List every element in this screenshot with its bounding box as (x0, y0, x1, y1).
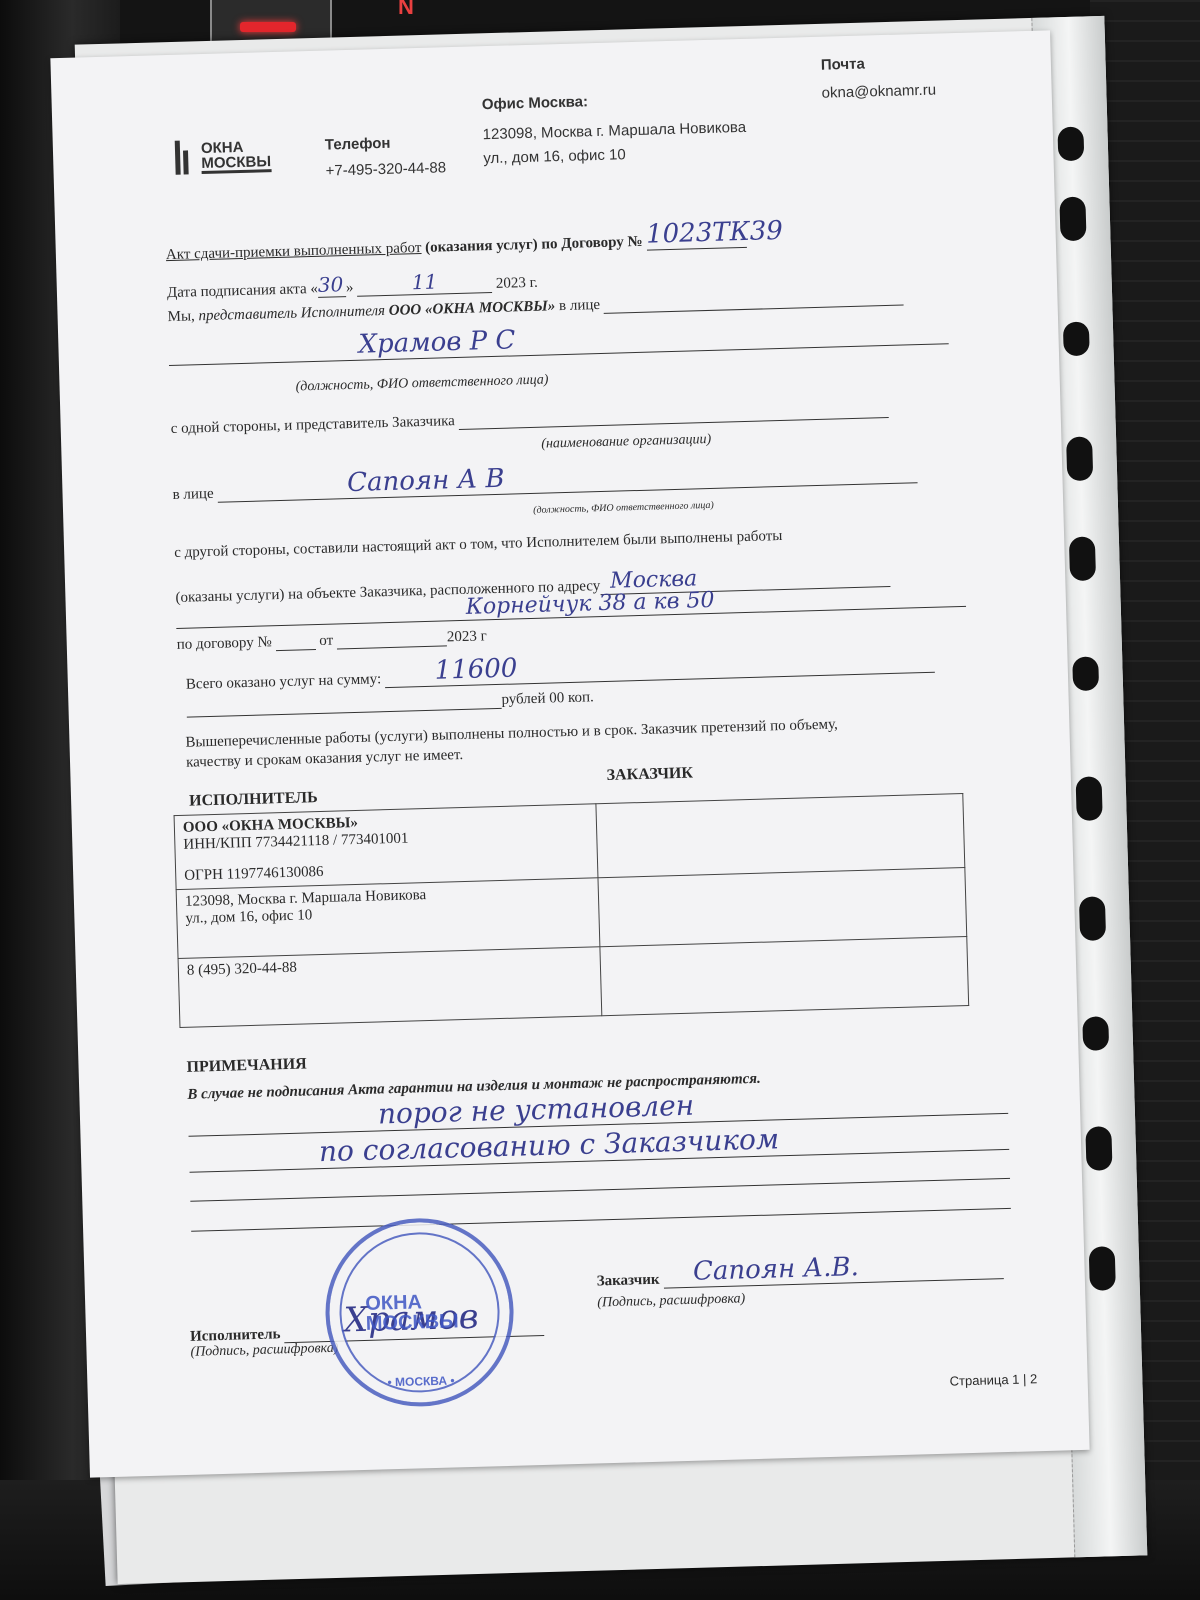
sum-words-row: рублей 00 коп. (186, 689, 594, 717)
logo-line2: МОСКВЫ (201, 154, 271, 171)
customer-address-cell (598, 868, 967, 947)
punch-hole (1089, 1246, 1116, 1291)
mail-block: Почта okna@oknamr.ru (821, 54, 937, 106)
date-month-field[interactable]: 11 (357, 268, 493, 297)
punch-hole (1059, 197, 1086, 242)
executor-company-cell: ООО «ОКНА МОСКВЫ» ИНН/КПП 7734421118 / 7… (174, 804, 598, 890)
email-address[interactable]: okna@oknamr.ru (821, 79, 936, 106)
act-title: Акт сдачи-приемки выполненных работ (ока… (165, 217, 746, 264)
statement-line2: качеству и срокам оказания услуг не имее… (186, 747, 463, 772)
executor-signature-caption: (Подпись, расшифровка) (190, 1341, 338, 1361)
date-day-field[interactable]: 30 (317, 272, 346, 298)
executor-rep-caption: (должность, ФИО ответственного лица) (295, 372, 548, 395)
customer-intro: с одной стороны, и представитель Заказчи… (171, 401, 889, 438)
customer-signature-field[interactable]: Сапоян А.В. (663, 1248, 1004, 1288)
logo-icon (175, 140, 198, 175)
signing-date-row: Дата подписания акта «30» 11 2023 г. (167, 267, 539, 302)
punch-hole (1069, 536, 1096, 581)
punch-hole (1057, 127, 1084, 162)
office-label: Офис Москва: (482, 89, 746, 113)
other-side-text: с другой стороны, составили настоящий ак… (174, 528, 783, 562)
page-number: Страница 1 | 2 (949, 1371, 1037, 1388)
red-indicator-light (240, 22, 296, 32)
mail-label: Почта (821, 54, 936, 74)
punch-hole (1076, 776, 1103, 821)
customer-rep-caption: (должность, ФИО ответственного лица) (533, 500, 714, 516)
customer-org-caption: (наименование организации) (541, 432, 711, 453)
phone-block: Телефон +7-495-320-44-88 (325, 133, 447, 183)
punch-hole (1066, 436, 1093, 481)
customer-phone-cell (600, 936, 969, 1015)
acceptance-act-page: ОКНА МОСКВЫ Телефон +7-495-320-44-88 Офи… (50, 30, 1089, 1477)
customer-company-cell (596, 794, 965, 878)
customer-heading: ЗАКАЗЧИК (606, 765, 693, 785)
executor-phone-cell: 8 (495) 320-44-88 (178, 947, 602, 1028)
phone-label: Телефон (325, 133, 446, 153)
contract-ref-date-field[interactable] (337, 645, 447, 649)
executor-heading: ИСПОЛНИТЕЛЬ (189, 789, 318, 811)
punch-hole (1072, 656, 1099, 691)
contract-ref-row: по договору № от 2023 г (177, 628, 487, 654)
sum-field[interactable]: 11600 (384, 642, 935, 688)
customer-signature-caption: (Подпись, расшифровка) (597, 1291, 745, 1311)
phone-number: +7-495-320-44-88 (325, 156, 446, 183)
sum-words-field[interactable] (187, 708, 502, 718)
notes-heading: ПРИМЕЧАНИЯ (186, 1055, 307, 1076)
requisites-table: ООО «ОКНА МОСКВЫ» ИНН/КПП 7734421118 / 7… (174, 793, 970, 1028)
statement-line1: Вышеперечисленные работы (услуги) выполн… (185, 717, 838, 752)
company-stamp: ОКНА МОСКВЫ • МОСКВА • (323, 1216, 516, 1409)
contract-number-field[interactable]: 1023ТК39 (646, 217, 747, 251)
punch-hole (1085, 1126, 1112, 1171)
customer-rep-row: в лице Сапоян А В (172, 452, 917, 504)
customer-rep-field[interactable]: Сапоян А В (217, 452, 918, 503)
punch-hole (1063, 321, 1090, 356)
customer-signature-row: Заказчик Сапоян А.В. (596, 1248, 1003, 1290)
gear-indicator: N (398, 0, 414, 20)
punch-hole (1082, 1016, 1109, 1051)
office-block: Офис Москва: 123098, Москва г. Маршала Н… (482, 89, 747, 171)
company-logo: ОКНА МОСКВЫ (175, 138, 272, 175)
customer-org-field[interactable] (459, 417, 889, 430)
punch-hole (1079, 896, 1106, 941)
executor-address-cell: 123098, Москва г. Маршала Новикова ул., … (176, 878, 600, 959)
contract-ref-number-field[interactable] (276, 649, 316, 651)
